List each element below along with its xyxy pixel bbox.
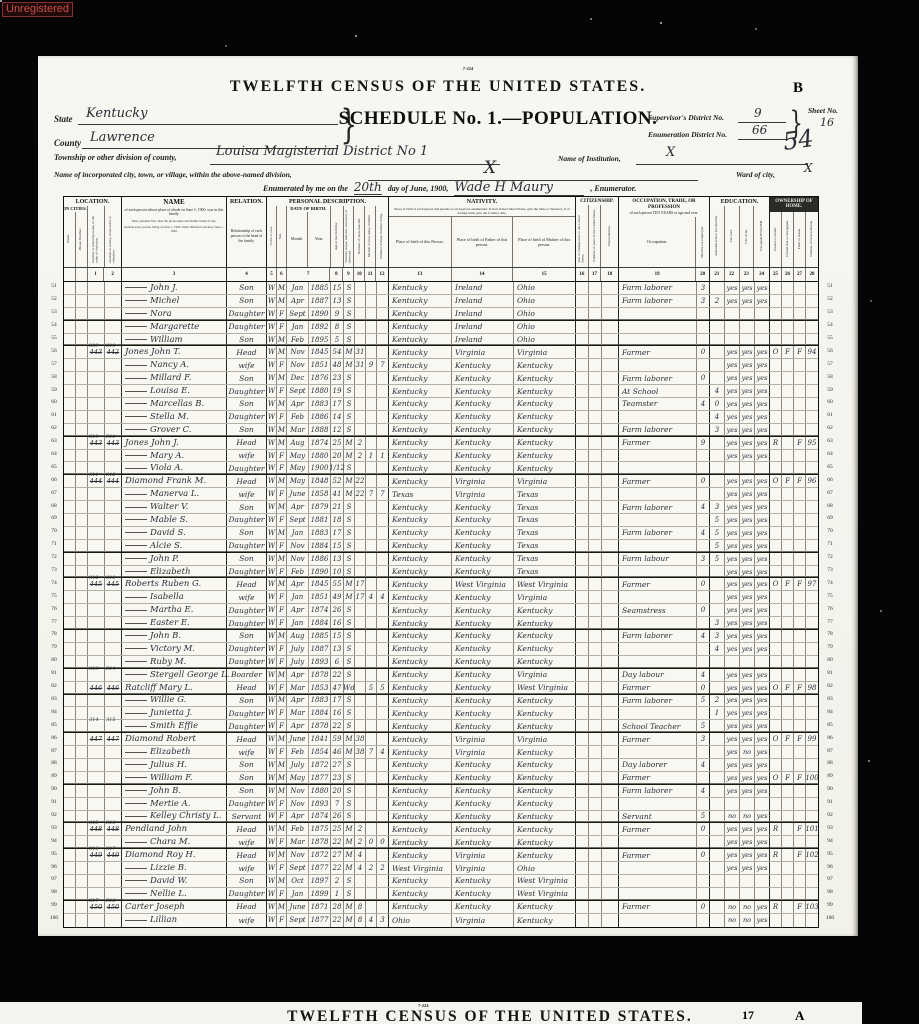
cell-dw (88, 450, 105, 462)
cell-c: W (267, 566, 277, 578)
cell-pf: Virginia (452, 488, 514, 500)
cell-own (770, 424, 782, 436)
cell-mo: Jan (287, 527, 309, 539)
cell-yr: 1880 (309, 785, 331, 797)
cell-fam (105, 450, 122, 462)
cell-occ: Farm laborer (619, 695, 697, 707)
cell-own (770, 888, 782, 900)
cell-ym (355, 501, 366, 513)
row-number: 65 (821, 460, 839, 473)
cell-rel: wife (227, 488, 267, 500)
cell-c: W (267, 282, 277, 294)
cell-iy (576, 321, 589, 333)
cell-pm: Kentucky (514, 720, 576, 732)
cell-fs (806, 411, 818, 423)
cell-wr: yes (740, 411, 755, 423)
cell-fh (794, 888, 806, 900)
cell-dw: 313 (88, 669, 105, 681)
cell-en: yes (755, 346, 770, 358)
cell-pf: Virginia (452, 733, 514, 745)
row-number: 85 (821, 718, 839, 731)
cell-pm: Kentucky (514, 385, 576, 397)
cell-pb: Kentucky (389, 450, 452, 462)
col-speaks-english: Can speak ENGLISH. (760, 220, 764, 251)
cell-rel: Son (227, 553, 267, 565)
cell-pf: Virginia (452, 346, 514, 358)
table-row: Victory M.DaughterWFJuly188713SKentuckyK… (64, 643, 818, 656)
cell-c: W (267, 501, 277, 513)
cell-pf: West Virginia (452, 578, 514, 590)
cell-rd: no (725, 914, 740, 927)
row-number: 90 (47, 783, 61, 796)
cell-fs (806, 746, 818, 758)
cell-dw (88, 501, 105, 513)
cell-rel: Daughter (227, 888, 267, 900)
cell-fs (806, 759, 818, 771)
cell-cl: 0 (377, 836, 389, 848)
row-number: 100 (821, 912, 839, 925)
cell-wr: yes (740, 695, 755, 707)
cell-pb: Kentucky (389, 372, 452, 384)
cell-fm: F (782, 772, 794, 784)
cell-age: 28 (331, 901, 344, 913)
cell-m: S (344, 527, 355, 539)
cell-occ (619, 836, 697, 848)
cell-yr: 1892 (309, 321, 331, 333)
cell-sch (710, 849, 725, 861)
cell-mo: Apr (287, 695, 309, 707)
cell-age: 21 (331, 501, 344, 513)
table-row: NoraDaughterWFSept18909SKentuckyIrelandO… (64, 308, 818, 321)
cell-hn (76, 334, 88, 346)
header-education: EDUCATION. Attended school (in months). … (710, 197, 770, 281)
cell-age: 49 (331, 591, 344, 603)
cell-rd: no (725, 811, 740, 823)
row-number: 88 (47, 757, 61, 770)
cell-s: M (277, 901, 287, 913)
cell-s: F (277, 591, 287, 603)
cell-sch (710, 475, 725, 487)
cell-pb: Kentucky (389, 733, 452, 745)
cell-pf: Ireland (452, 282, 514, 294)
cell-en: yes (755, 398, 770, 410)
cell-fs (806, 604, 818, 616)
cell-mc (366, 811, 377, 823)
row-number: 64 (47, 448, 61, 461)
cell-age: 23 (331, 772, 344, 784)
cell-fm (782, 759, 794, 771)
cell-name: Jones John J. (122, 437, 227, 449)
cell-mo: Apr (287, 720, 309, 732)
row-number: 77 (821, 615, 839, 628)
cell-sch: 3 (710, 424, 725, 436)
cell-c: W (267, 578, 277, 590)
cell-s: M (277, 875, 287, 887)
cell-rel: Son (227, 398, 267, 410)
cell-yu (589, 836, 602, 848)
cell-cl (377, 695, 389, 707)
cell-yr: 1845 (309, 346, 331, 358)
cell-name: Willie G. (122, 695, 227, 707)
cell-pb: Kentucky (389, 540, 452, 552)
cell-own (770, 630, 782, 642)
cell-cl (377, 411, 389, 423)
row-number: 56 (47, 344, 61, 357)
cell-en: yes (755, 514, 770, 526)
cell-occ: Farm laborer (619, 424, 697, 436)
cell-cl (377, 295, 389, 307)
cell-wr: no (740, 811, 755, 823)
table-row: Louisa E.DaughterWFSept188019SKentuckyKe… (64, 385, 818, 398)
cell-rel: Son (227, 772, 267, 784)
cell-own (770, 501, 782, 513)
cell-fam (105, 617, 122, 629)
form-number: 7-224 (438, 66, 498, 71)
cell-name: Diamond Robert (122, 733, 227, 745)
cell-en: yes (755, 785, 770, 797)
cell-wr: yes (740, 591, 755, 603)
cell-fm: F (782, 733, 794, 745)
table-row: John P.SonWMNov188613SKentuckyKentuckyTe… (64, 553, 818, 566)
cell-s: M (277, 849, 287, 861)
cell-pm: Texas (514, 540, 576, 552)
cell-nat (602, 488, 619, 500)
cell-fm (782, 785, 794, 797)
cell-nat (602, 450, 619, 462)
cell-sch (710, 321, 725, 333)
row-number: 98 (821, 886, 839, 899)
cell-fam (105, 488, 122, 500)
cell-rel: Head (227, 475, 267, 487)
cell-pb: Kentucky (389, 514, 452, 526)
cell-rd: yes (725, 720, 740, 732)
cell-nat (602, 527, 619, 539)
cell-name: John P. (122, 553, 227, 565)
cell-sch (710, 282, 725, 294)
cell-hn (76, 424, 88, 436)
cell-yu (589, 514, 602, 526)
cell-m: S (344, 462, 355, 474)
cell-s: F (277, 643, 287, 655)
cell-own (770, 450, 782, 462)
cell-yu (589, 295, 602, 307)
col-dwelling-number: Number of dwelling house, in the order o… (92, 208, 99, 263)
cell-iy (576, 540, 589, 552)
cell-own (770, 321, 782, 333)
cell-pb: Kentucky (389, 346, 452, 358)
cell-yr: 1841 (309, 733, 331, 745)
cell-sch (710, 656, 725, 668)
cell-pm: West Virginia (514, 875, 576, 887)
cell-own: R (770, 823, 782, 835)
cell-nat (602, 385, 619, 397)
cell-hn (76, 462, 88, 474)
cell-en: yes (755, 682, 770, 694)
cell-pb: Kentucky (389, 888, 452, 900)
sheet-value: 16 (820, 116, 834, 129)
cell-pm: Kentucky (514, 462, 576, 474)
header-personal-description: PERSONAL DESCRIPTION. Color or race. Sex… (267, 197, 389, 281)
cell-m: S (344, 295, 355, 307)
cell-own (770, 811, 782, 823)
cell-en: yes (755, 450, 770, 462)
cell-wr: yes (740, 759, 755, 771)
table-row: Viola A.DaughterWFMay19001/12SKentuckyKe… (64, 462, 818, 475)
cell-st (64, 462, 76, 474)
row-number: 74 (821, 576, 839, 589)
cell-m: M (344, 836, 355, 848)
cell-age: 52 (331, 475, 344, 487)
cell-nat (602, 308, 619, 320)
row-number: 73 (821, 564, 839, 577)
cell-yr: 1888 (309, 424, 331, 436)
cell-en: yes (755, 295, 770, 307)
cell-m: M (344, 437, 355, 449)
cell-fh: F (794, 901, 806, 913)
cell-own (770, 566, 782, 578)
cell-pm: Kentucky (514, 707, 576, 719)
cell-fh (794, 785, 806, 797)
cell-en: yes (755, 475, 770, 487)
cell-yu (589, 785, 602, 797)
cell-ym: 4 (355, 849, 366, 861)
row-number: 60 (821, 396, 839, 409)
cell-occ (619, 540, 697, 552)
cell-fh: F (794, 823, 806, 835)
cell-wr: yes (740, 566, 755, 578)
table-row: Manerva L.wifeWFJune185841M2277TexasVirg… (64, 488, 818, 501)
cell-mc (366, 643, 377, 655)
cell-st (64, 604, 76, 616)
cell-occ (619, 643, 697, 655)
cell-nat (602, 656, 619, 668)
cell-m: S (344, 308, 355, 320)
cell-pb: Kentucky (389, 656, 452, 668)
cell-age: 15 (331, 282, 344, 294)
cell-mn (697, 772, 710, 784)
cell-hn (76, 888, 88, 900)
cell-age: 25 (331, 437, 344, 449)
row-number: 100 (47, 912, 61, 925)
table-row: ElizabethDaughterWFFeb189010SKentuckyKen… (64, 566, 818, 579)
cell-nat (602, 514, 619, 526)
cell-name: Alcie S. (122, 540, 227, 552)
cell-name: Mable S. (122, 514, 227, 526)
cell-sch (710, 811, 725, 823)
cell-m: S (344, 759, 355, 771)
cell-m: M (344, 733, 355, 745)
cell-cl: 5 (377, 682, 389, 694)
cell-ym (355, 772, 366, 784)
cell-name: Marcellas B. (122, 398, 227, 410)
cell-pb: Kentucky (389, 875, 452, 887)
table-row: Martha E.DaughterWFApr187426SKentuckyKen… (64, 604, 818, 617)
cell-m: S (344, 334, 355, 346)
cell-mc (366, 707, 377, 719)
cell-mn (697, 617, 710, 629)
cell-yu (589, 875, 602, 887)
cell-pb: Kentucky (389, 849, 452, 861)
cell-rel: Daughter (227, 617, 267, 629)
cell-s: M (277, 553, 287, 565)
cell-pf: Kentucky (452, 836, 514, 848)
cell-cl (377, 501, 389, 513)
cell-cl (377, 798, 389, 810)
cell-s: F (277, 656, 287, 668)
cell-fm (782, 566, 794, 578)
cell-own (770, 488, 782, 500)
cell-dw (88, 914, 105, 927)
cell-dw (88, 591, 105, 603)
cell-fm (782, 540, 794, 552)
cell-fam: 315 (105, 720, 122, 732)
cell-s: F (277, 308, 287, 320)
cell-fm (782, 295, 794, 307)
cell-mc: 2 (366, 862, 377, 874)
cell-rd: yes (725, 450, 740, 462)
cell-yu (589, 385, 602, 397)
cell-m: M (344, 862, 355, 874)
cell-name: Nora (122, 308, 227, 320)
cell-st (64, 746, 76, 758)
cell-fh (794, 411, 806, 423)
cell-ym (355, 888, 366, 900)
cell-fam: 447 (105, 733, 122, 745)
cell-mn (697, 656, 710, 668)
cell-fs (806, 424, 818, 436)
cell-dw (88, 875, 105, 887)
cell-yr: 1879 (309, 501, 331, 513)
cell-sch (710, 372, 725, 384)
cell-hn (76, 346, 88, 358)
cell-yu (589, 862, 602, 874)
cell-cl (377, 514, 389, 526)
cell-m: S (344, 424, 355, 436)
cell-age: 25 (331, 823, 344, 835)
cell-rd: yes (725, 849, 740, 861)
cell-fs (806, 398, 818, 410)
cell-name: Viola A. (122, 462, 227, 474)
cell-st (64, 488, 76, 500)
cell-name: Louisa E. (122, 385, 227, 397)
cell-mo: Dec (287, 372, 309, 384)
cell-occ (619, 746, 697, 758)
cell-name: Margarette (122, 321, 227, 333)
cell-own (770, 875, 782, 887)
cell-pf: Kentucky (452, 411, 514, 423)
cell-nat (602, 321, 619, 333)
cell-c: W (267, 643, 277, 655)
cell-yu (589, 346, 602, 358)
cell-st (64, 295, 76, 307)
cell-sch (710, 759, 725, 771)
cell-own (770, 540, 782, 552)
cell-yu (589, 849, 602, 861)
cell-pm: Kentucky (514, 759, 576, 771)
cell-s: M (277, 785, 287, 797)
cell-rel: Son (227, 527, 267, 539)
cell-rd: yes (725, 527, 740, 539)
cell-c: W (267, 849, 277, 861)
census-page: 7-224 TWELFTH CENSUS OF THE UNITED STATE… (38, 56, 858, 936)
cell-own: R (770, 849, 782, 861)
cell-mo: Mar (287, 836, 309, 848)
cell-ym (355, 875, 366, 887)
col-can-read: Can read. (730, 229, 734, 242)
cell-mn: 4 (697, 398, 710, 410)
col-months-not-employed: Months not employed. (701, 226, 705, 258)
cell-mn (697, 643, 710, 655)
cell-en (755, 334, 770, 346)
cell-own: R (770, 901, 782, 913)
cell-sch: 5 (710, 514, 725, 526)
cell-c: W (267, 759, 277, 771)
cell-pf: Ireland (452, 308, 514, 320)
cell-fm (782, 398, 794, 410)
cell-occ (619, 566, 697, 578)
cell-mn (697, 488, 710, 500)
cell-pm: Texas (514, 553, 576, 565)
cell-pf: Kentucky (452, 527, 514, 539)
cell-pf: Kentucky (452, 759, 514, 771)
cell-mc: 4 (366, 914, 377, 927)
cell-pb: West Virginia (389, 862, 452, 874)
cell-fam (105, 630, 122, 642)
cell-age: 20 (331, 450, 344, 462)
cell-yr: 1877 (309, 914, 331, 927)
cell-sch (710, 798, 725, 810)
cell-mo: Feb (287, 411, 309, 423)
cell-mn: 0 (697, 682, 710, 694)
cell-mn: 3 (697, 733, 710, 745)
cell-name: Lizzie B. (122, 862, 227, 874)
cell-fm (782, 372, 794, 384)
cell-yr: 1883 (309, 398, 331, 410)
row-number: 96 (47, 860, 61, 873)
cell-dw: 310443 (88, 437, 105, 449)
cell-fs (806, 553, 818, 565)
cell-rd: yes (725, 695, 740, 707)
table-row: William F.SonWMMay187723SKentuckyKentuck… (64, 772, 818, 785)
cell-occ (619, 450, 697, 462)
cell-sch: 3 (710, 501, 725, 513)
cell-rel: Boarder (227, 669, 267, 681)
cell-own (770, 617, 782, 629)
cell-s: M (277, 398, 287, 410)
cell-yr: 1853 (309, 682, 331, 694)
cell-ym: 38 (355, 733, 366, 745)
cell-own (770, 695, 782, 707)
cell-occ: Farmer (619, 346, 697, 358)
cell-wr: yes (740, 540, 755, 552)
cell-dw: 447 (88, 733, 105, 745)
cell-fs (806, 695, 818, 707)
cell-s: F (277, 862, 287, 874)
cell-ym (355, 604, 366, 616)
cell-mn (697, 462, 710, 474)
cell-mc (366, 733, 377, 745)
row-number: 60 (47, 396, 61, 409)
cell-age: 13 (331, 643, 344, 655)
cell-name: Roberts Ruben G. (122, 578, 227, 590)
cell-st (64, 282, 76, 294)
cell-dw: 446 (88, 682, 105, 694)
cell-pm: Kentucky (514, 746, 576, 758)
col-children-living: Number of these children living. (380, 213, 384, 259)
cell-occ: School Teacher (619, 720, 697, 732)
cell-s: F (277, 798, 287, 810)
cell-name: Elizabeth (122, 746, 227, 758)
